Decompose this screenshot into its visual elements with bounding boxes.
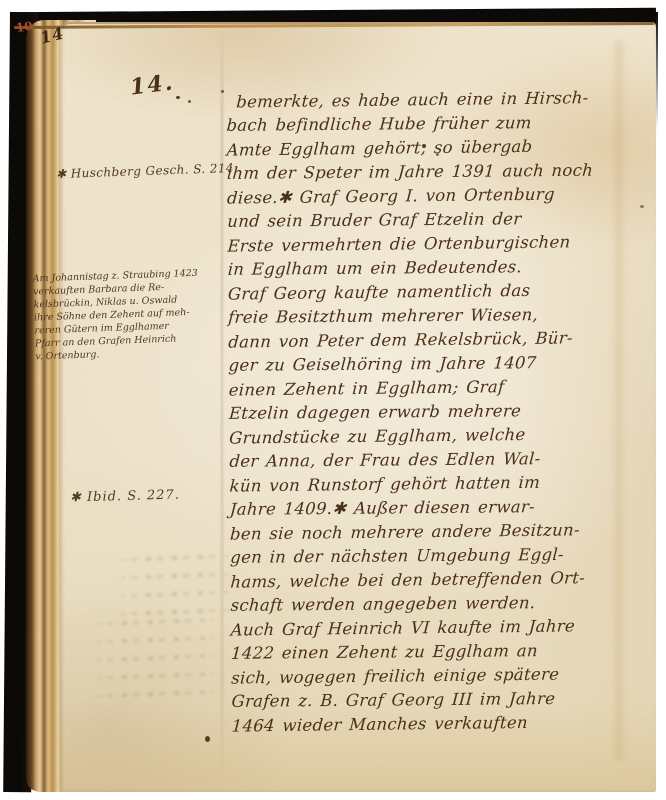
text-line: 1464 wieder Manches verkauften <box>231 709 656 738</box>
ink-blot <box>205 736 210 742</box>
vertical-crease <box>221 30 223 788</box>
body-text: bemerkte, es habe auch eine in Hirsch- b… <box>226 86 656 738</box>
manuscript-scan: 10 14 14. ✱ Huschberg Gesch. S. 214 Am J… <box>0 0 666 800</box>
ink-speck <box>176 96 180 99</box>
ink-speck <box>640 205 644 208</box>
bleed-through-text <box>120 556 230 628</box>
margin-note-1423: Am Johannistag z. Straubing 1423 verkauf… <box>32 266 235 364</box>
ink-speck <box>221 90 224 93</box>
ink-speck <box>188 100 191 103</box>
ink-speck <box>422 144 426 148</box>
bleed-through-text <box>96 620 216 710</box>
folio-number-red: 10 <box>15 19 33 35</box>
ink-speck <box>436 153 439 156</box>
page-heading-number: 14. <box>129 69 176 100</box>
margin-note-ibid-reference: ✱ Ibid. S. 227. <box>70 488 180 506</box>
